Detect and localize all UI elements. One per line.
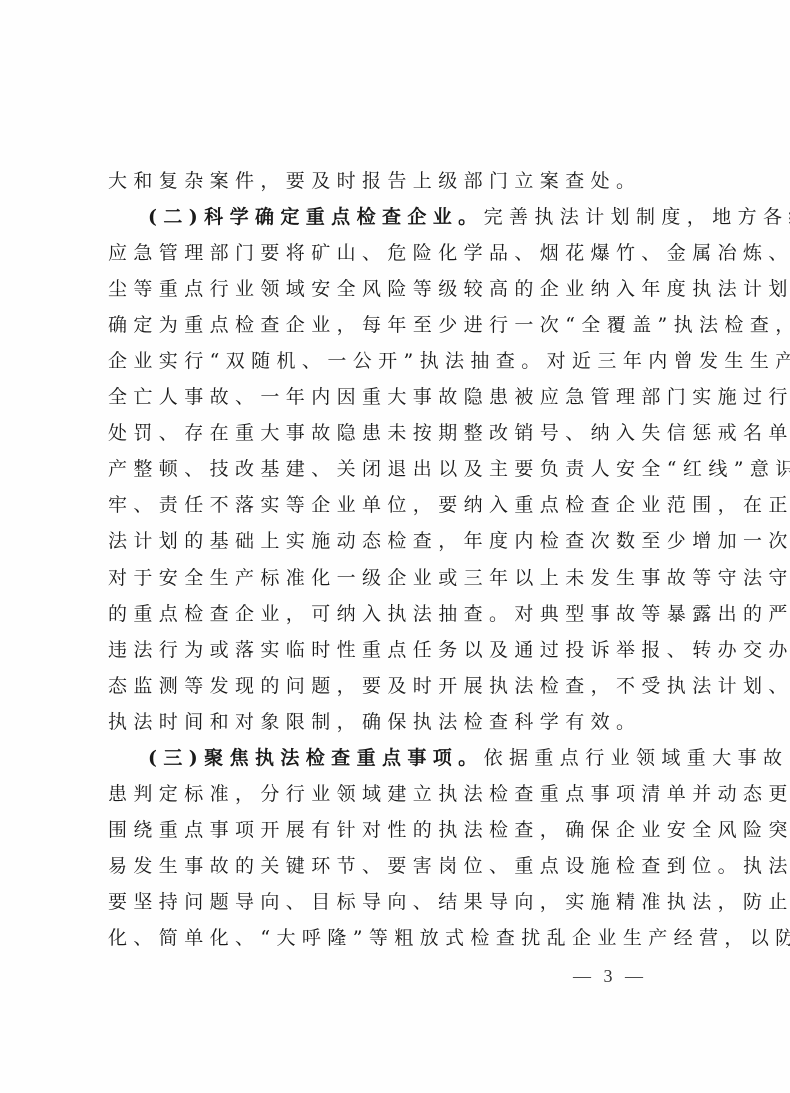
line-text: 完善执法计划制度，地方各级 xyxy=(484,206,790,228)
text-line: 对于安全生产标准化一级企业或三年以上未发生事故等守法守信 xyxy=(108,563,668,599)
section-heading-2: (二)科学确定重点检查企业。 xyxy=(148,206,484,228)
text-line: 处罚、存在重大事故隐患未按期整改销号、纳入失信惩戒名单、停 xyxy=(108,418,668,454)
text-line: 的重点检查企业，可纳入执法抽查。对典型事故等暴露出的严重 xyxy=(108,599,668,635)
line-text: 企业实行“双随机、一公开”执法抽查。对近三年内曾发生生产安 xyxy=(108,350,790,372)
text-line: 应急管理部门要将矿山、危险化学品、烟花爆竹、金属冶炼、涉爆粉 xyxy=(108,238,668,274)
line-text: 易发生事故的关键环节、要害岗位、重点设施检查到位。执法检查 xyxy=(108,855,790,877)
text-line: 化、简单化、“大呼隆”等粗放式检查扰乱企业生产经营，以防风险、 xyxy=(108,923,668,959)
line-text: 法计划的基础上实施动态检查，年度内检查次数至少增加一次。 xyxy=(108,530,790,552)
text-line: 产整顿、技改基建、关闭退出以及主要负责人安全“红线”意识不 xyxy=(108,454,668,490)
text-line: 易发生事故的关键环节、要害岗位、重点设施检查到位。执法检查 xyxy=(108,851,668,887)
document-page: 大和复杂案件，要及时报告上级部门立案查处。 (二)科学确定重点检查企业。完善执法… xyxy=(0,0,790,1093)
text-line: 牢、责任不落实等企业单位，要纳入重点检查企业范围，在正常执 xyxy=(108,490,668,526)
text-line-section-heading: (二)科学确定重点检查企业。完善执法计划制度，地方各级 xyxy=(108,202,668,238)
text-line: 法计划的基础上实施动态检查，年度内检查次数至少增加一次。 xyxy=(108,526,668,562)
body-text: 大和复杂案件，要及时报告上级部门立案查处。 (二)科学确定重点检查企业。完善执法… xyxy=(108,166,668,959)
text-line: 患判定标准，分行业领域建立执法检查重点事项清单并动态更新。 xyxy=(108,779,668,815)
line-text: 围绕重点事项开展有针对性的执法检查，确保企业安全风险突出 xyxy=(108,819,790,841)
line-text: 处罚、存在重大事故隐患未按期整改销号、纳入失信惩戒名单、停 xyxy=(108,422,790,444)
text-line: 要坚持问题导向、目标导向、结果导向，实施精准执法，防止一般 xyxy=(108,887,668,923)
section-heading-3: (三)聚焦执法检查重点事项。 xyxy=(148,747,484,769)
line-text: 对于安全生产标准化一级企业或三年以上未发生事故等守法守信 xyxy=(108,567,790,589)
line-text: 依据重点行业领域重大事故隐 xyxy=(484,747,790,769)
line-text: 执法时间和对象限制，确保执法检查科学有效。 xyxy=(108,711,641,733)
text-line: 尘等重点行业领域安全风险等级较高的企业纳入年度执法计划， xyxy=(108,274,668,310)
line-text: 态监测等发现的问题，要及时开展执法检查，不受执法计划、固定 xyxy=(108,675,790,697)
line-text: 尘等重点行业领域安全风险等级较高的企业纳入年度执法计划， xyxy=(108,278,790,300)
page-number: — 3 — xyxy=(565,966,655,987)
line-text: 要坚持问题导向、目标导向、结果导向，实施精准执法，防止一般 xyxy=(108,891,790,913)
line-text: 确定为重点检查企业，每年至少进行一次“全覆盖”执法检查，其他 xyxy=(108,314,790,336)
line-text: 违法行为或落实临时性重点任务以及通过投诉举报、转办交办、动 xyxy=(108,639,790,661)
text-line: 态监测等发现的问题，要及时开展执法检查，不受执法计划、固定 xyxy=(108,671,668,707)
line-text: 产整顿、技改基建、关闭退出以及主要负责人安全“红线”意识不 xyxy=(108,458,790,480)
text-line: 违法行为或落实临时性重点任务以及通过投诉举报、转办交办、动 xyxy=(108,635,668,671)
line-text: 应急管理部门要将矿山、危险化学品、烟花爆竹、金属冶炼、涉爆粉 xyxy=(108,242,790,264)
text-line: 全亡人事故、一年内因重大事故隐患被应急管理部门实施过行政 xyxy=(108,382,668,418)
text-line: 企业实行“双随机、一公开”执法抽查。对近三年内曾发生生产安 xyxy=(108,346,668,382)
line-text: 化、简单化、“大呼隆”等粗放式检查扰乱企业生产经营，以防风险、 xyxy=(108,927,790,949)
text-line: 围绕重点事项开展有针对性的执法检查，确保企业安全风险突出 xyxy=(108,815,668,851)
text-line: 确定为重点检查企业，每年至少进行一次“全覆盖”执法检查，其他 xyxy=(108,310,668,346)
line-text: 牢、责任不落实等企业单位，要纳入重点检查企业范围，在正常执 xyxy=(108,494,790,516)
text-line-section-heading: (三)聚焦执法检查重点事项。依据重点行业领域重大事故隐 xyxy=(108,743,668,779)
line-text: 的重点检查企业，可纳入执法抽查。对典型事故等暴露出的严重 xyxy=(108,603,790,625)
line-text: 患判定标准，分行业领域建立执法检查重点事项清单并动态更新。 xyxy=(108,783,790,805)
line-text: 全亡人事故、一年内因重大事故隐患被应急管理部门实施过行政 xyxy=(108,386,790,408)
text-line: 执法时间和对象限制，确保执法检查科学有效。 xyxy=(108,707,668,743)
line-text: 大和复杂案件，要及时报告上级部门立案查处。 xyxy=(108,170,641,192)
text-line: 大和复杂案件，要及时报告上级部门立案查处。 xyxy=(108,166,668,202)
